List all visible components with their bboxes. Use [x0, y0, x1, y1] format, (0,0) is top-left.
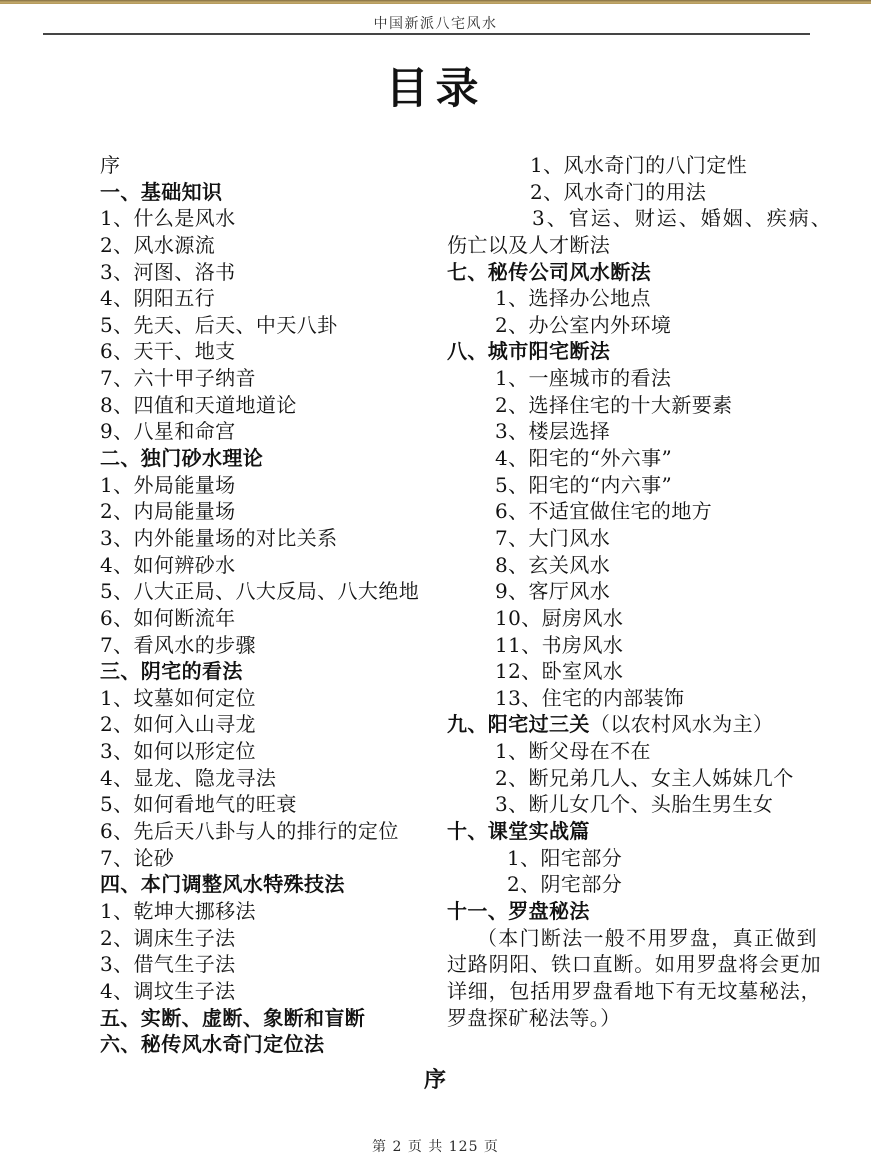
toc-line: 6、先后天八卦与人的排行的定位	[100, 818, 436, 845]
toc-line: 二、独门砂水理论	[100, 445, 436, 472]
toc-line: 4、显龙、隐龙寻法	[100, 765, 436, 792]
page-number-footer: 第 2 页 共 125 页	[0, 1136, 871, 1156]
toc-line: 3、断儿女几个、头胎生男生女	[495, 791, 825, 818]
toc-line: 序	[100, 152, 436, 179]
toc-line: 三、阴宅的看法	[100, 658, 436, 685]
toc-line: 4、调坟生子法	[100, 978, 436, 1005]
toc-line: 2、选择住宅的十大新要素	[495, 392, 825, 419]
toc-line: 3、如何以形定位	[100, 738, 436, 765]
toc-line: 十一、罗盘秘法	[447, 898, 825, 925]
toc-line: 1、风水奇门的八门定性	[530, 152, 825, 179]
page-title: 目录	[0, 55, 871, 116]
toc-line: 2、调床生子法	[100, 925, 436, 952]
toc-line: 8、四值和天道地道论	[100, 392, 436, 419]
toc-line: 2、办公室内外环境	[495, 312, 825, 339]
toc-line: 6、如何断流年	[100, 605, 436, 632]
toc-line: 2、内局能量场	[100, 498, 436, 525]
toc-line: 1、断父母在不在	[495, 738, 825, 765]
toc-line: 3、楼层选择	[495, 418, 825, 445]
toc-line: 1、什么是风水	[100, 205, 436, 232]
toc-line: 2、风水奇门的用法	[530, 179, 825, 206]
toc-line: 3、借气生子法	[100, 951, 436, 978]
header-divider	[43, 33, 810, 35]
toc-line: 6、不适宜做住宅的地方	[495, 498, 825, 525]
toc-line: 1、乾坤大挪移法	[100, 898, 436, 925]
toc-line: 罗盘探矿秘法等。）	[447, 1005, 825, 1032]
toc-line: 9、八星和命宫	[100, 418, 436, 445]
toc-line: 7、六十甲子纳音	[100, 365, 436, 392]
toc-line: （本门断法一般不用罗盘，真正做到	[477, 925, 825, 952]
toc-line: 十、课堂实战篇	[447, 818, 825, 845]
toc-line: 九、阳宅过三关（以农村风水为主）	[447, 711, 825, 738]
toc-line: 12、卧室风水	[495, 658, 825, 685]
running-header-title: 中国新派八宅风水	[0, 13, 871, 33]
toc-line: 过路阴阳、铁口直断。如用罗盘将会更加	[447, 951, 825, 978]
toc-line: 3、内外能量场的对比关系	[100, 525, 436, 552]
toc-line: 1、阳宅部分	[507, 845, 825, 872]
toc-line: 9、客厅风水	[495, 578, 825, 605]
toc-line: 2、断兄弟几人、女主人姊妹几个	[495, 765, 825, 792]
toc-line: 5、阳宅的“内六事”	[495, 472, 825, 499]
toc-line-suffix: （以农村风水为主）	[590, 712, 774, 736]
preface-section-heading: 序	[0, 1063, 871, 1094]
accent-bar	[0, 0, 871, 4]
toc-line: 7、论砂	[100, 845, 436, 872]
toc-line: 3、河图、洛书	[100, 259, 436, 286]
toc-line: 4、阴阳五行	[100, 285, 436, 312]
toc-left-column: 序一、基础知识1、什么是风水2、风水源流3、河图、洛书4、阴阳五行5、先天、后天…	[100, 152, 436, 1058]
toc-line: 六、秘传风水奇门定位法	[100, 1031, 436, 1058]
toc-line: 1、选择办公地点	[495, 285, 825, 312]
toc-line: 7、大门风水	[495, 525, 825, 552]
toc-line: 8、玄关风水	[495, 552, 825, 579]
toc-line: 1、外局能量场	[100, 472, 436, 499]
toc-line: 1、坟墓如何定位	[100, 685, 436, 712]
toc-line: 2、风水源流	[100, 232, 436, 259]
toc-line: 10、厨房风水	[495, 605, 825, 632]
toc-line: 6、天干、地支	[100, 338, 436, 365]
toc-line: 1、一座城市的看法	[495, 365, 825, 392]
toc-line: 4、如何辨砂水	[100, 552, 436, 579]
toc-line: 一、基础知识	[100, 179, 436, 206]
toc-line: 5、八大正局、八大反局、八大绝地	[100, 578, 436, 605]
toc-line: 11、书房风水	[495, 632, 825, 659]
toc-line: 7、看风水的步骤	[100, 632, 436, 659]
toc-line: 七、秘传公司风水断法	[447, 259, 825, 286]
toc-line: 八、城市阳宅断法	[447, 338, 825, 365]
toc-line: 5、如何看地气的旺衰	[100, 791, 436, 818]
toc-line: 4、阳宅的“外六事”	[495, 445, 825, 472]
toc-line: 详细，包括用罗盘看地下有无坟墓秘法，	[447, 978, 825, 1005]
toc-line: 5、先天、后天、中天八卦	[100, 312, 436, 339]
toc-right-column: 1、风水奇门的八门定性2、风水奇门的用法3、官运、财运、婚姻、疾病、伤亡以及人才…	[447, 152, 825, 1031]
toc-line: 伤亡以及人才断法	[447, 232, 825, 259]
toc-line: 3、官运、财运、婚姻、疾病、	[532, 205, 825, 232]
toc-line: 五、实断、虚断、象断和盲断	[100, 1005, 436, 1032]
toc-line: 13、住宅的内部装饰	[495, 685, 825, 712]
toc-line: 四、本门调整风水特殊技法	[100, 871, 436, 898]
toc-line: 2、如何入山寻龙	[100, 711, 436, 738]
toc-line: 2、阴宅部分	[507, 871, 825, 898]
